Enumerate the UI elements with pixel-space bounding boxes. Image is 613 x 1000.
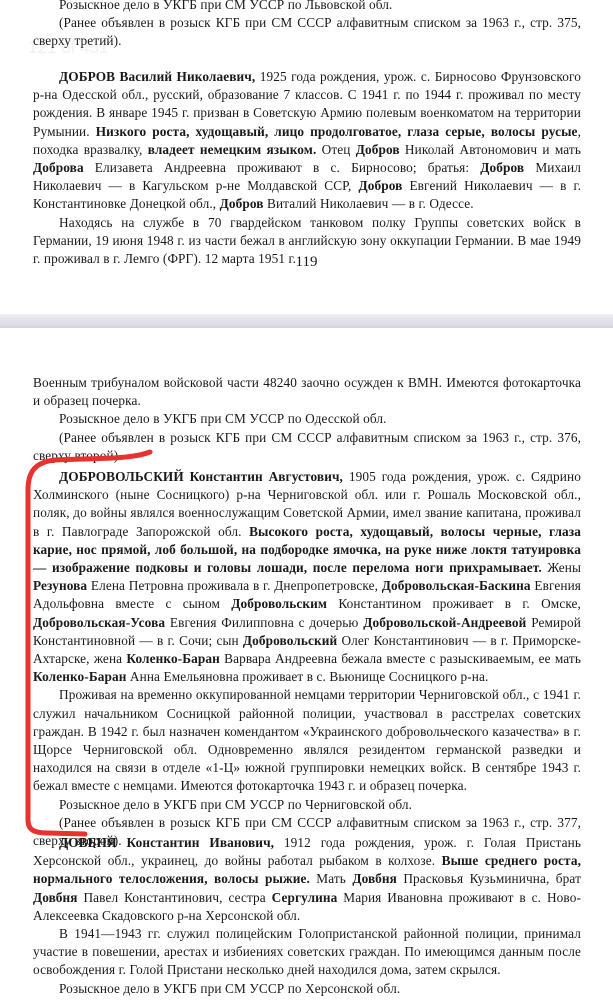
entry-paragraph: ДОВБНЯ Константин Иванович, 1912 года ро… <box>33 834 581 925</box>
entry-paragraph: ДОБРОВОЛЬСКИЙ Константин Августович, 190… <box>33 468 581 686</box>
dobrov-continued: Военным трибуналом войсковой части 48240… <box>33 374 581 465</box>
entry-name: ДОБРОВОЛЬСКИЙ Константин Августович, <box>59 469 343 484</box>
top-page: 121 of 451 Розыскное дело в УКГБ при СМ … <box>0 0 613 322</box>
entry-paragraph: В 1941—1943 гг. служил полицейским Голоп… <box>33 925 581 980</box>
page-divider <box>0 314 613 328</box>
case-file-note: Розыскное дело в УКГБ при СМ УССР по Льв… <box>33 0 581 14</box>
bottom-page: Военным трибуналом войсковой части 48240… <box>0 328 613 1000</box>
entry-paragraph: Военным трибуналом войсковой части 48240… <box>33 374 581 410</box>
earlier-listing-note: (Ранее объявлен в розыск КГБ при СМ СССР… <box>33 429 581 465</box>
entry-name: ДОБРОВ Василий Николаевич, <box>59 69 255 84</box>
prev-entry-tail: Розыскное дело в УКГБ при СМ УССР по Льв… <box>33 0 581 51</box>
case-file-note: Розыскное дело в УКГБ при СМ УССР по Оде… <box>33 410 581 428</box>
earlier-listing-note: (Ранее объявлен в розыск КГБ при СМ СССР… <box>33 14 581 50</box>
entry-name: ДОВБНЯ Константин Иванович, <box>59 835 274 850</box>
entry-dobrov: ДОБРОВ Василий Николаевич, 1925 года рож… <box>33 68 581 268</box>
entry-dobrovolsky: ДОБРОВОЛЬСКИЙ Константин Августович, 190… <box>33 468 581 850</box>
entry-paragraph: ДОБРОВ Василий Николаевич, 1925 года рож… <box>33 68 581 214</box>
case-file-note: Розыскное дело в УКГБ при СМ УССР по Чер… <box>33 796 581 814</box>
page-number: 119 <box>0 254 613 271</box>
entry-paragraph: Проживая на временно оккупированной немц… <box>33 686 581 795</box>
case-file-note: Розыскное дело в УКГБ при СМ УССР по Хер… <box>33 980 581 998</box>
entry-dovbnya: ДОВБНЯ Константин Иванович, 1912 года ро… <box>33 834 581 998</box>
